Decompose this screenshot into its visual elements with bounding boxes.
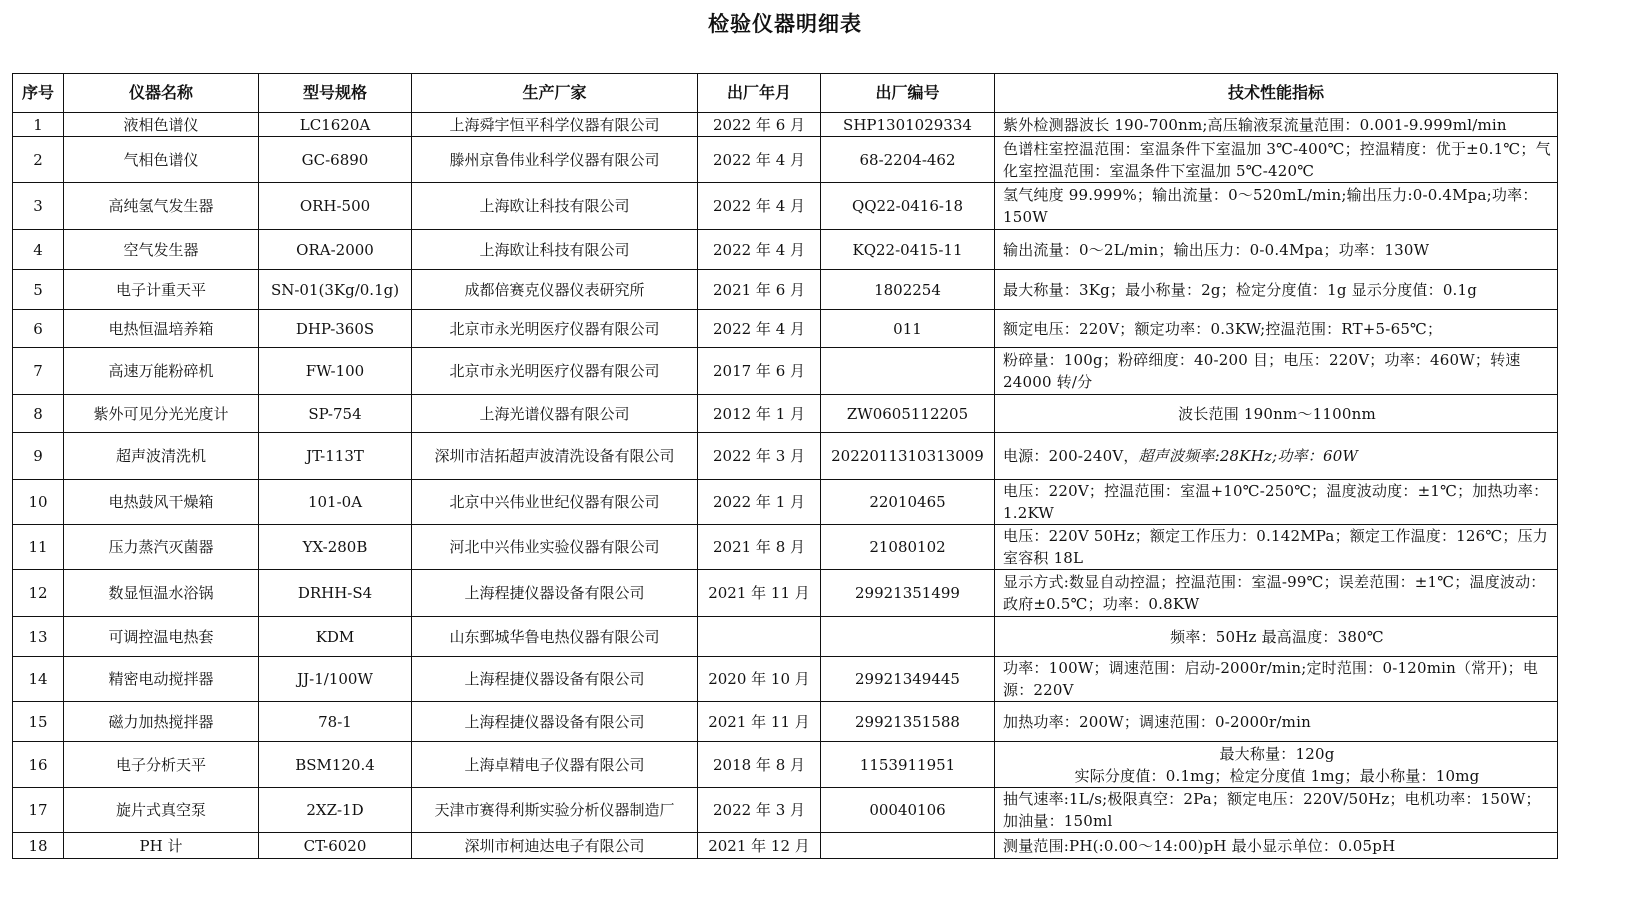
- cell-model: ORA-2000: [259, 230, 412, 270]
- cell-maker: 深圳市柯迪达电子有限公司: [412, 833, 698, 859]
- cell-maker: 滕州京鲁伟业科学仪器有限公司: [412, 137, 698, 183]
- header-maker: 生产厂家: [412, 74, 698, 113]
- cell-spec: 氢气纯度 99.999%；输出流量：0～520mL/min;输出压力:0-0.4…: [995, 183, 1558, 230]
- cell-maker: 北京市永光明医疗仪器有限公司: [412, 310, 698, 348]
- cell-serial: 2022011310313009: [821, 433, 995, 480]
- instrument-table: 序号 仪器名称 型号规格 生产厂家 出厂年月 出厂编号 技术性能指标 1液相色谱…: [12, 73, 1558, 859]
- cell-serial: [821, 348, 995, 395]
- cell-spec: 频率：50Hz 最高温度：380℃: [995, 617, 1558, 657]
- cell-model: FW-100: [259, 348, 412, 395]
- cell-date: 2018 年 8 月: [698, 742, 821, 788]
- cell-spec: 抽气速率:1L/s;极限真空：2Pa；额定电压：220V/50Hz；电机功率：1…: [995, 788, 1558, 833]
- cell-name: 电子分析天平: [64, 742, 259, 788]
- cell-serial: 29921351499: [821, 570, 995, 617]
- table-row: 16电子分析天平BSM120.4上海卓精电子仪器有限公司2018 年 8 月11…: [13, 742, 1558, 788]
- cell-model: LC1620A: [259, 113, 412, 137]
- cell-model: DRHH-S4: [259, 570, 412, 617]
- spec-text: 显示方式:数显自动控温；控温范围：室温-99℃；误差范围：±1℃；温度波动：政府…: [1003, 573, 1545, 613]
- cell-no: 13: [13, 617, 64, 657]
- cell-date: 2012 年 1 月: [698, 395, 821, 433]
- cell-model: SP-754: [259, 395, 412, 433]
- table-row: 7高速万能粉碎机FW-100北京市永光明医疗仪器有限公司2017 年 6 月粉碎…: [13, 348, 1558, 395]
- cell-model: ORH-500: [259, 183, 412, 230]
- cell-no: 11: [13, 525, 64, 570]
- table-row: 5电子计重天平SN-01(3Kg/0.1g)成都倍赛克仪器仪表研究所2021 年…: [13, 270, 1558, 310]
- cell-serial: 21080102: [821, 525, 995, 570]
- cell-spec: 输出流量：0～2L/min；输出压力：0-0.4Mpa；功率：130W: [995, 230, 1558, 270]
- spec-text: 氢气纯度 99.999%；输出流量：0～520mL/min;输出压力:0-0.4…: [1003, 186, 1538, 226]
- header-model: 型号规格: [259, 74, 412, 113]
- cell-date: 2020 年 10 月: [698, 657, 821, 702]
- header-name: 仪器名称: [64, 74, 259, 113]
- cell-date: 2021 年 11 月: [698, 570, 821, 617]
- cell-model: 2XZ-1D: [259, 788, 412, 833]
- cell-name: PH 计: [64, 833, 259, 859]
- cell-name: 旋片式真空泵: [64, 788, 259, 833]
- cell-maker: 上海光谱仪器有限公司: [412, 395, 698, 433]
- cell-date: 2022 年 1 月: [698, 480, 821, 525]
- spec-text: 波长范围 190nm～1100nm: [1178, 405, 1376, 423]
- cell-serial: 29921349445: [821, 657, 995, 702]
- table-row: 6电热恒温培养箱DHP-360S北京市永光明医疗仪器有限公司2022 年 4 月…: [13, 310, 1558, 348]
- cell-serial: SHP1301029334: [821, 113, 995, 137]
- cell-no: 17: [13, 788, 64, 833]
- spec-text: 加热功率：200W；调速范围：0-2000r/min: [1003, 713, 1311, 731]
- cell-maker: 上海程捷仪器设备有限公司: [412, 702, 698, 742]
- cell-spec: 色谱柱室控温范围：室温条件下室温加 3℃-400℃；控温精度：优于±0.1℃；气…: [995, 137, 1558, 183]
- spec-text: 电源：200-240V，: [1003, 447, 1139, 465]
- cell-no: 12: [13, 570, 64, 617]
- cell-maker: 天津市赛得利斯实验分析仪器制造厂: [412, 788, 698, 833]
- spec-text: 输出流量：0～2L/min；输出压力：0-0.4Mpa；功率：130W: [1003, 241, 1429, 259]
- table-row: 3高纯氢气发生器ORH-500上海欧让科技有限公司2022 年 4 月QQ22-…: [13, 183, 1558, 230]
- cell-model: 101-0A: [259, 480, 412, 525]
- table-row: 17旋片式真空泵2XZ-1D天津市赛得利斯实验分析仪器制造厂2022 年 3 月…: [13, 788, 1558, 833]
- cell-name: 高速万能粉碎机: [64, 348, 259, 395]
- spec-text: 最大称量：120g: [1219, 745, 1334, 763]
- cell-spec: 显示方式:数显自动控温；控温范围：室温-99℃；误差范围：±1℃；温度波动：政府…: [995, 570, 1558, 617]
- cell-name: 电热恒温培养箱: [64, 310, 259, 348]
- cell-spec: 功率：100W；调速范围：启动-2000r/min;定时范围：0-120min（…: [995, 657, 1558, 702]
- spec-text: 频率：50Hz 最高温度：380℃: [1170, 628, 1384, 646]
- spec-text-italic: 超声波频率:28KHz;功率：60W: [1139, 447, 1359, 465]
- spec-text: 电压：220V；控温范围：室温+10℃-250℃；温度波动度：±1℃；加热功率：…: [1003, 482, 1548, 522]
- cell-serial: [821, 617, 995, 657]
- cell-name: 精密电动搅拌器: [64, 657, 259, 702]
- cell-name: 超声波清洗机: [64, 433, 259, 480]
- cell-serial: 1802254: [821, 270, 995, 310]
- cell-spec: 电源：200-240V，超声波频率:28KHz;功率：60W: [995, 433, 1558, 480]
- cell-serial: 68-2204-462: [821, 137, 995, 183]
- spec-text: 粉碎量：100g；粉碎细度：40-200 目；电压：220V；功率：460W；转…: [1003, 351, 1521, 391]
- spec-text: 色谱柱室控温范围：室温条件下室温加 3℃-400℃；控温精度：优于±0.1℃；气…: [1003, 140, 1551, 180]
- cell-model: KDM: [259, 617, 412, 657]
- table-row: 10电热鼓风干燥箱101-0A北京中兴伟业世纪仪器有限公司2022 年 1 月2…: [13, 480, 1558, 525]
- cell-spec: 加热功率：200W；调速范围：0-2000r/min: [995, 702, 1558, 742]
- cell-spec: 最大称量：120g实际分度值：0.1mg；检定分度值 1mg；最小称量：10mg: [995, 742, 1558, 788]
- cell-name: 气相色谱仪: [64, 137, 259, 183]
- table-row: 4空气发生器ORA-2000上海欧让科技有限公司2022 年 4 月KQ22-0…: [13, 230, 1558, 270]
- cell-date: 2022 年 4 月: [698, 230, 821, 270]
- cell-spec: 紫外检测器波长 190-700nm;高压输液泵流量范围：0.001-9.999m…: [995, 113, 1558, 137]
- cell-spec: 最大称量：3Kg；最小称量：2g；检定分度值：1g 显示分度值：0.1g: [995, 270, 1558, 310]
- cell-maker: 上海欧让科技有限公司: [412, 183, 698, 230]
- cell-date: 2022 年 3 月: [698, 433, 821, 480]
- cell-model: JT-113T: [259, 433, 412, 480]
- cell-no: 18: [13, 833, 64, 859]
- cell-no: 10: [13, 480, 64, 525]
- cell-date: 2021 年 8 月: [698, 525, 821, 570]
- cell-date: 2022 年 4 月: [698, 310, 821, 348]
- cell-name: 磁力加热搅拌器: [64, 702, 259, 742]
- spec-text-line2: 实际分度值：0.1mg；检定分度值 1mg；最小称量：10mg: [1075, 767, 1480, 785]
- cell-maker: 北京中兴伟业世纪仪器有限公司: [412, 480, 698, 525]
- cell-date: 2021 年 12 月: [698, 833, 821, 859]
- cell-serial: KQ22-0415-11: [821, 230, 995, 270]
- document-title: 检验仪器明细表: [0, 8, 1570, 38]
- spec-text: 抽气速率:1L/s;极限真空：2Pa；额定电压：220V/50Hz；电机功率：1…: [1003, 790, 1541, 830]
- cell-maker: 上海程捷仪器设备有限公司: [412, 657, 698, 702]
- cell-maker: 河北中兴伟业实验仪器有限公司: [412, 525, 698, 570]
- table-row: 13可调控温电热套KDM山东鄄城华鲁电热仪器有限公司频率：50Hz 最高温度：3…: [13, 617, 1558, 657]
- cell-name: 电热鼓风干燥箱: [64, 480, 259, 525]
- cell-no: 14: [13, 657, 64, 702]
- cell-serial: 011: [821, 310, 995, 348]
- cell-no: 9: [13, 433, 64, 480]
- cell-spec: 电压：220V；控温范围：室温+10℃-250℃；温度波动度：±1℃；加热功率：…: [995, 480, 1558, 525]
- cell-date: 2021 年 6 月: [698, 270, 821, 310]
- cell-no: 7: [13, 348, 64, 395]
- spec-text: 测量范围:PH(:0.00～14:00)pH 最小显示单位：0.05pH: [1003, 837, 1395, 855]
- cell-model: 78-1: [259, 702, 412, 742]
- cell-date: 2022 年 6 月: [698, 113, 821, 137]
- cell-model: SN-01(3Kg/0.1g): [259, 270, 412, 310]
- cell-maker: 上海卓精电子仪器有限公司: [412, 742, 698, 788]
- cell-date: [698, 617, 821, 657]
- cell-date: 2022 年 3 月: [698, 788, 821, 833]
- cell-no: 1: [13, 113, 64, 137]
- header-no: 序号: [13, 74, 64, 113]
- cell-name: 电子计重天平: [64, 270, 259, 310]
- table-row: 12数显恒温水浴锅DRHH-S4上海程捷仪器设备有限公司2021 年 11 月2…: [13, 570, 1558, 617]
- table-row: 1液相色谱仪LC1620A上海舜宇恒平科学仪器有限公司2022 年 6 月SHP…: [13, 113, 1558, 137]
- cell-model: GC-6890: [259, 137, 412, 183]
- cell-no: 3: [13, 183, 64, 230]
- table-row: 11压力蒸汽灭菌器YX-280B河北中兴伟业实验仪器有限公司2021 年 8 月…: [13, 525, 1558, 570]
- cell-model: CT-6020: [259, 833, 412, 859]
- spec-text: 电压：220V 50Hz；额定工作压力：0.142MPa；额定工作温度：126℃…: [1003, 527, 1548, 567]
- cell-date: 2021 年 11 月: [698, 702, 821, 742]
- table-row: 14精密电动搅拌器JJ-1/100W上海程捷仪器设备有限公司2020 年 10 …: [13, 657, 1558, 702]
- cell-name: 数显恒温水浴锅: [64, 570, 259, 617]
- cell-maker: 山东鄄城华鲁电热仪器有限公司: [412, 617, 698, 657]
- cell-name: 可调控温电热套: [64, 617, 259, 657]
- cell-maker: 深圳市洁拓超声波清洗设备有限公司: [412, 433, 698, 480]
- cell-maker: 北京市永光明医疗仪器有限公司: [412, 348, 698, 395]
- table-row: 15磁力加热搅拌器78-1上海程捷仪器设备有限公司2021 年 11 月2992…: [13, 702, 1558, 742]
- cell-serial: QQ22-0416-18: [821, 183, 995, 230]
- cell-name: 液相色谱仪: [64, 113, 259, 137]
- cell-serial: 22010465: [821, 480, 995, 525]
- table-header-row: 序号 仪器名称 型号规格 生产厂家 出厂年月 出厂编号 技术性能指标: [13, 74, 1558, 113]
- cell-no: 16: [13, 742, 64, 788]
- cell-model: YX-280B: [259, 525, 412, 570]
- cell-no: 2: [13, 137, 64, 183]
- cell-serial: 00040106: [821, 788, 995, 833]
- cell-spec: 额定电压：220V；额定功率：0.3KW;控温范围：RT+5-65℃；: [995, 310, 1558, 348]
- header-date: 出厂年月: [698, 74, 821, 113]
- cell-maker: 上海舜宇恒平科学仪器有限公司: [412, 113, 698, 137]
- cell-name: 空气发生器: [64, 230, 259, 270]
- table-row: 18PH 计CT-6020深圳市柯迪达电子有限公司2021 年 12 月测量范围…: [13, 833, 1558, 859]
- cell-serial: 1153911951: [821, 742, 995, 788]
- cell-no: 4: [13, 230, 64, 270]
- cell-no: 8: [13, 395, 64, 433]
- table-row: 8紫外可见分光光度计SP-754上海光谱仪器有限公司2012 年 1 月ZW06…: [13, 395, 1558, 433]
- cell-maker: 上海欧让科技有限公司: [412, 230, 698, 270]
- cell-serial: ZW0605112205: [821, 395, 995, 433]
- cell-serial: 29921351588: [821, 702, 995, 742]
- cell-no: 15: [13, 702, 64, 742]
- cell-no: 5: [13, 270, 64, 310]
- table-row: 9超声波清洗机JT-113T深圳市洁拓超声波清洗设备有限公司2022 年 3 月…: [13, 433, 1558, 480]
- header-serial: 出厂编号: [821, 74, 995, 113]
- spec-text: 紫外检测器波长 190-700nm;高压输液泵流量范围：0.001-9.999m…: [1003, 116, 1507, 134]
- cell-name: 压力蒸汽灭菌器: [64, 525, 259, 570]
- cell-maker: 上海程捷仪器设备有限公司: [412, 570, 698, 617]
- spec-text: 功率：100W；调速范围：启动-2000r/min;定时范围：0-120min（…: [1003, 659, 1538, 699]
- cell-spec: 测量范围:PH(:0.00～14:00)pH 最小显示单位：0.05pH: [995, 833, 1558, 859]
- cell-name: 紫外可见分光光度计: [64, 395, 259, 433]
- spec-text: 最大称量：3Kg；最小称量：2g；检定分度值：1g 显示分度值：0.1g: [1003, 281, 1477, 299]
- header-spec: 技术性能指标: [995, 74, 1558, 113]
- spec-text: 额定电压：220V；额定功率：0.3KW;控温范围：RT+5-65℃；: [1003, 320, 1442, 338]
- cell-date: 2017 年 6 月: [698, 348, 821, 395]
- cell-model: JJ-1/100W: [259, 657, 412, 702]
- cell-model: DHP-360S: [259, 310, 412, 348]
- cell-model: BSM120.4: [259, 742, 412, 788]
- cell-maker: 成都倍赛克仪器仪表研究所: [412, 270, 698, 310]
- cell-name: 高纯氢气发生器: [64, 183, 259, 230]
- cell-serial: [821, 833, 995, 859]
- cell-date: 2022 年 4 月: [698, 183, 821, 230]
- cell-spec: 波长范围 190nm～1100nm: [995, 395, 1558, 433]
- cell-no: 6: [13, 310, 64, 348]
- table-row: 2气相色谱仪GC-6890滕州京鲁伟业科学仪器有限公司2022 年 4 月68-…: [13, 137, 1558, 183]
- cell-date: 2022 年 4 月: [698, 137, 821, 183]
- cell-spec: 电压：220V 50Hz；额定工作压力：0.142MPa；额定工作温度：126℃…: [995, 525, 1558, 570]
- cell-spec: 粉碎量：100g；粉碎细度：40-200 目；电压：220V；功率：460W；转…: [995, 348, 1558, 395]
